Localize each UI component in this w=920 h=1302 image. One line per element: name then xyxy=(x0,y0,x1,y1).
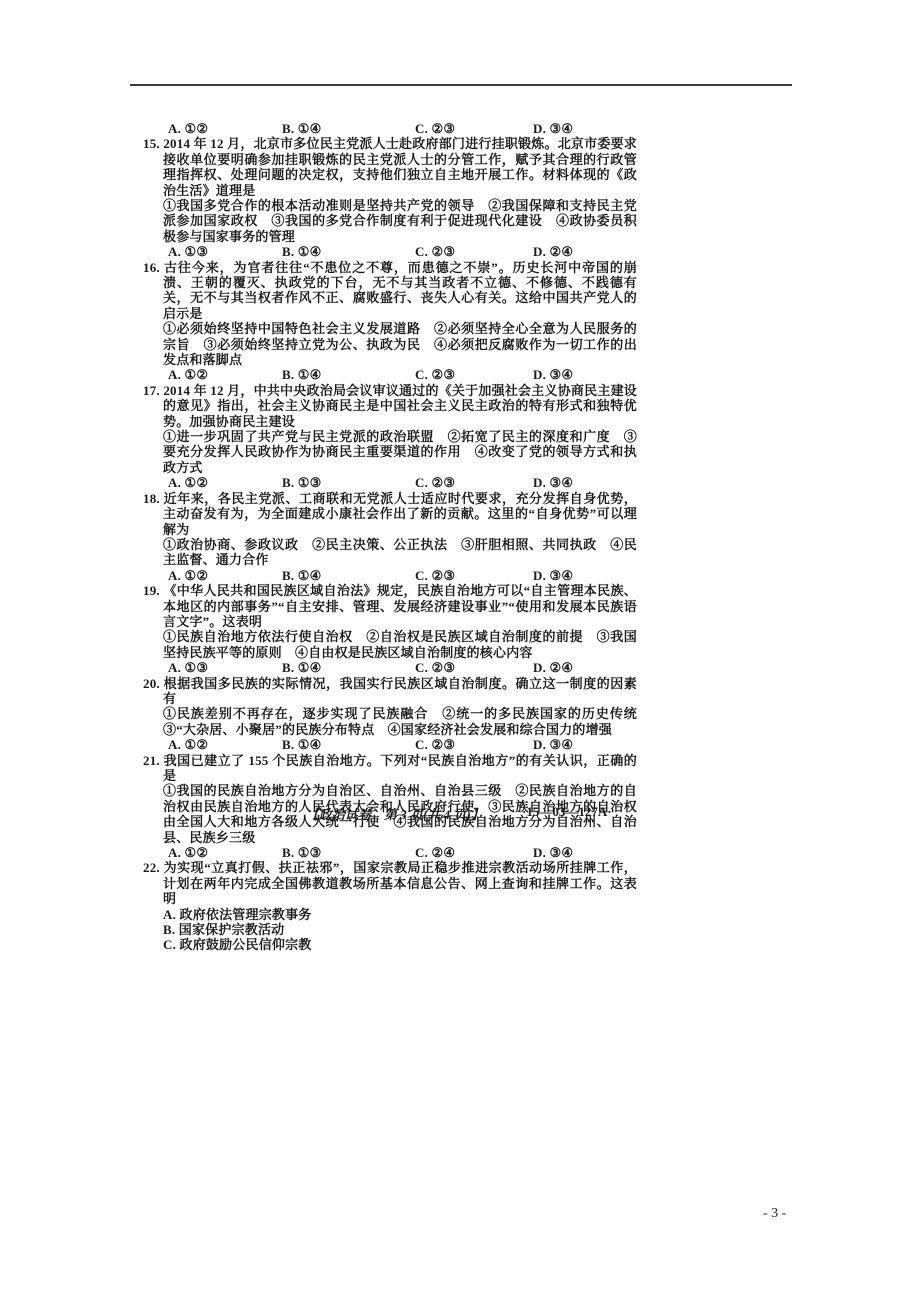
choice-option: D. ②④ xyxy=(533,660,573,675)
lettered-answer-list: A. 政府依法管理宗教事务B. 国家保护宗教活动C. 政府鼓励公民信仰宗教 xyxy=(130,907,637,953)
choice-option: B. ①④ xyxy=(282,121,321,136)
question: 20. 根据我国多民族的实际情况，我国实行民族区域自治制度。确立这一制度的因素有… xyxy=(130,676,637,753)
header-divider-rule xyxy=(130,84,792,86)
question-stem: 18. 近年来，各民主党派、工商联和无党派人士适应时代要求，充分发挥自身优势，主… xyxy=(130,491,637,537)
choice-option: C. ②④ xyxy=(415,845,455,860)
choices-row: A. ①②B. ①④C. ②③D. ③④ xyxy=(130,367,637,382)
previous-question-choices-row: A. ①②B. ①④C. ②③D. ③④ xyxy=(130,121,637,136)
question-stem: 16. 古往今来，为官者往往“不患位之不尊，而患德之不崇”。历史长河中帝国的崩溃… xyxy=(130,260,637,322)
choice-option: A. ①② xyxy=(168,568,208,583)
choice-option: B. ①④ xyxy=(282,244,321,259)
question-numbered-items: ①民族差别不再存在，逐步实现了民族融合 ②统一的多民族国家的历史传统 ③“大杂居… xyxy=(130,706,637,737)
choice-option: B. ①④ xyxy=(282,737,321,752)
question-number: 17. xyxy=(143,383,160,398)
question-numbered-items: ①必须始终坚持中国特色社会主义发展道路 ②必须坚持全心全意为人民服务的宗旨 ③必… xyxy=(130,321,637,367)
choice-option: B. ①③ xyxy=(282,475,321,490)
page-footer: 【政治试卷 第 3 页(共 4 页)】 ·15—03—127A· xyxy=(130,804,637,822)
choice-option: C. ②③ xyxy=(415,568,455,583)
question: 19. 《中华人民共和国民族区域自治法》规定，民族自治地方可以“自主管理本民族、… xyxy=(130,583,637,675)
question-number: 15. xyxy=(143,136,160,151)
question-stem-text: 2014 年 12 月，北京市多位民主党派人士赴政府部门进行挂职锻炼。北京市委要… xyxy=(163,136,637,197)
choice-option: A. ①② xyxy=(168,475,208,490)
question-number: 21. xyxy=(143,753,160,768)
page-number: - 3 - xyxy=(763,1206,786,1222)
choice-option: A. ①② xyxy=(168,845,208,860)
choice-option: C. ②③ xyxy=(415,121,455,136)
question-stem: 17. 2014 年 12 月，中共中央政治局会议审议通过的《关于加强社会主义协… xyxy=(130,383,637,429)
question: 22. 为实现“立真打假、扶正祛邪”，国家宗教局正稳步推进宗教活动场所挂牌工作，… xyxy=(130,860,637,952)
question: 18. 近年来，各民主党派、工商联和无党派人士适应时代要求，充分发挥自身优势，主… xyxy=(130,491,637,583)
choice-option: D. ③④ xyxy=(533,475,573,490)
answer-line: C. 政府鼓励公民信仰宗教 xyxy=(130,937,637,952)
choices-row: A. ①③B. ①④C. ②③D. ②④ xyxy=(130,244,637,259)
scanned-exam-page: A. ①②B. ①④C. ②③D. ③④ 15. 2014 年 12 月，北京市… xyxy=(0,0,920,1302)
answer-line: A. 政府依法管理宗教事务 xyxy=(130,907,637,922)
question-stem-text: 我国已建立了 155 个民族自治地方。下列对“民族自治地方”的有关认识，正确的是 xyxy=(163,753,637,783)
question-list: 15. 2014 年 12 月，北京市多位民主党派人士赴政府部门进行挂职锻炼。北… xyxy=(130,136,637,952)
question-stem-text: 2014 年 12 月，中共中央政治局会议审议通过的《关于加强社会主义协商民主建… xyxy=(163,383,637,429)
question-stem: 15. 2014 年 12 月，北京市多位民主党派人士赴政府部门进行挂职锻炼。北… xyxy=(130,136,637,198)
question-stem-text: 根据我国多民族的实际情况，我国实行民族区域自治制度。确立这一制度的因素有 xyxy=(163,676,637,706)
choice-option: D. ③④ xyxy=(533,367,573,382)
choice-option: A. ①② xyxy=(168,367,208,382)
choice-option: D. ③④ xyxy=(533,568,573,583)
choice-option: A. ①③ xyxy=(168,660,208,675)
question-stem: 22. 为实现“立真打假、扶正祛邪”，国家宗教局正稳步推进宗教活动场所挂牌工作，… xyxy=(130,860,637,906)
question-stem: 20. 根据我国多民族的实际情况，我国实行民族区域自治制度。确立这一制度的因素有 xyxy=(130,676,637,707)
choice-option: C. ②③ xyxy=(415,660,455,675)
choices-row: A. ①②B. ①③C. ②④D. ③④ xyxy=(130,845,637,860)
choice-option: B. ①④ xyxy=(282,660,321,675)
question-number: 22. xyxy=(143,860,160,875)
question-number: 19. xyxy=(143,583,160,598)
choice-option: B. ①④ xyxy=(282,568,321,583)
choices-row: A. ①③B. ①④C. ②③D. ②④ xyxy=(130,660,637,675)
question-number: 18. xyxy=(143,491,160,506)
footer-paper-code: ·15—03—127A· xyxy=(522,804,612,820)
question-numbered-items: ①民族自治地方依法行使自治权 ②自治权是民族区域自治制度的前提 ③我国坚持民族平… xyxy=(130,629,637,660)
choice-option: D. ③④ xyxy=(533,121,573,136)
footer-exam-title: 【政治试卷 第 3 页(共 4 页)】 xyxy=(306,804,484,823)
choices-row: A. ①②B. ①③C. ②③D. ③④ xyxy=(130,475,637,490)
choice-option: A. ①② xyxy=(168,121,208,136)
answer-line: B. 国家保护宗教活动 xyxy=(130,922,637,937)
choice-option: D. ②④ xyxy=(533,244,573,259)
question: 16. 古往今来，为官者往往“不患位之不尊，而患德之不崇”。历史长河中帝国的崩溃… xyxy=(130,260,637,383)
question-stem-text: 近年来，各民主党派、工商联和无党派人士适应时代要求，充分发挥自身优势，主动奋发有… xyxy=(163,491,637,537)
question-stem-text: 古往今来，为官者往往“不患位之不尊，而患德之不崇”。历史长河中帝国的崩溃、王朝的… xyxy=(163,260,637,321)
question: 15. 2014 年 12 月，北京市多位民主党派人士赴政府部门进行挂职锻炼。北… xyxy=(130,136,637,259)
question-numbered-items: ①政治协商、参政议政 ②民主决策、公正执法 ③肝胆相照、共同执政 ④民主监督、通… xyxy=(130,537,637,568)
question: 17. 2014 年 12 月，中共中央政治局会议审议通过的《关于加强社会主义协… xyxy=(130,383,637,491)
choice-option: D. ③④ xyxy=(533,737,573,752)
choice-option: C. ②③ xyxy=(415,475,455,490)
choice-option: C. ②③ xyxy=(415,367,455,382)
exam-body: A. ①②B. ①④C. ②③D. ③④ 15. 2014 年 12 月，北京市… xyxy=(130,121,637,953)
choice-option: D. ③④ xyxy=(533,845,573,860)
question-stem-text: 《中华人民共和国民族区域自治法》规定，民族自治地方可以“自主管理本民族、本地区的… xyxy=(163,583,637,629)
question-numbered-items: ①我国多党合作的根本活动准则是坚持共产党的领导 ②我国保障和支持民主党派参加国家… xyxy=(130,198,637,244)
question-stem: 19. 《中华人民共和国民族区域自治法》规定，民族自治地方可以“自主管理本民族、… xyxy=(130,583,637,629)
choices-row: A. ①②B. ①④C. ②③D. ③④ xyxy=(130,568,637,583)
choices-row: A. ①②B. ①④C. ②③D. ③④ xyxy=(130,737,637,752)
question-number: 20. xyxy=(143,676,160,691)
choice-option: C. ②③ xyxy=(415,244,455,259)
choice-option: B. ①③ xyxy=(282,845,321,860)
question-stem: 21. 我国已建立了 155 个民族自治地方。下列对“民族自治地方”的有关认识，… xyxy=(130,753,637,784)
choice-option: A. ①② xyxy=(168,737,208,752)
question-number: 16. xyxy=(143,260,160,275)
choice-option: A. ①③ xyxy=(168,244,208,259)
choice-option: C. ②③ xyxy=(415,737,455,752)
choice-option: B. ①④ xyxy=(282,367,321,382)
question-numbered-items: ①进一步巩固了共产党与民主党派的政治联盟 ②拓宽了民主的深度和广度 ③要充分发挥… xyxy=(130,429,637,475)
question-stem-text: 为实现“立真打假、扶正祛邪”，国家宗教局正稳步推进宗教活动场所挂牌工作，计划在两… xyxy=(163,860,637,906)
